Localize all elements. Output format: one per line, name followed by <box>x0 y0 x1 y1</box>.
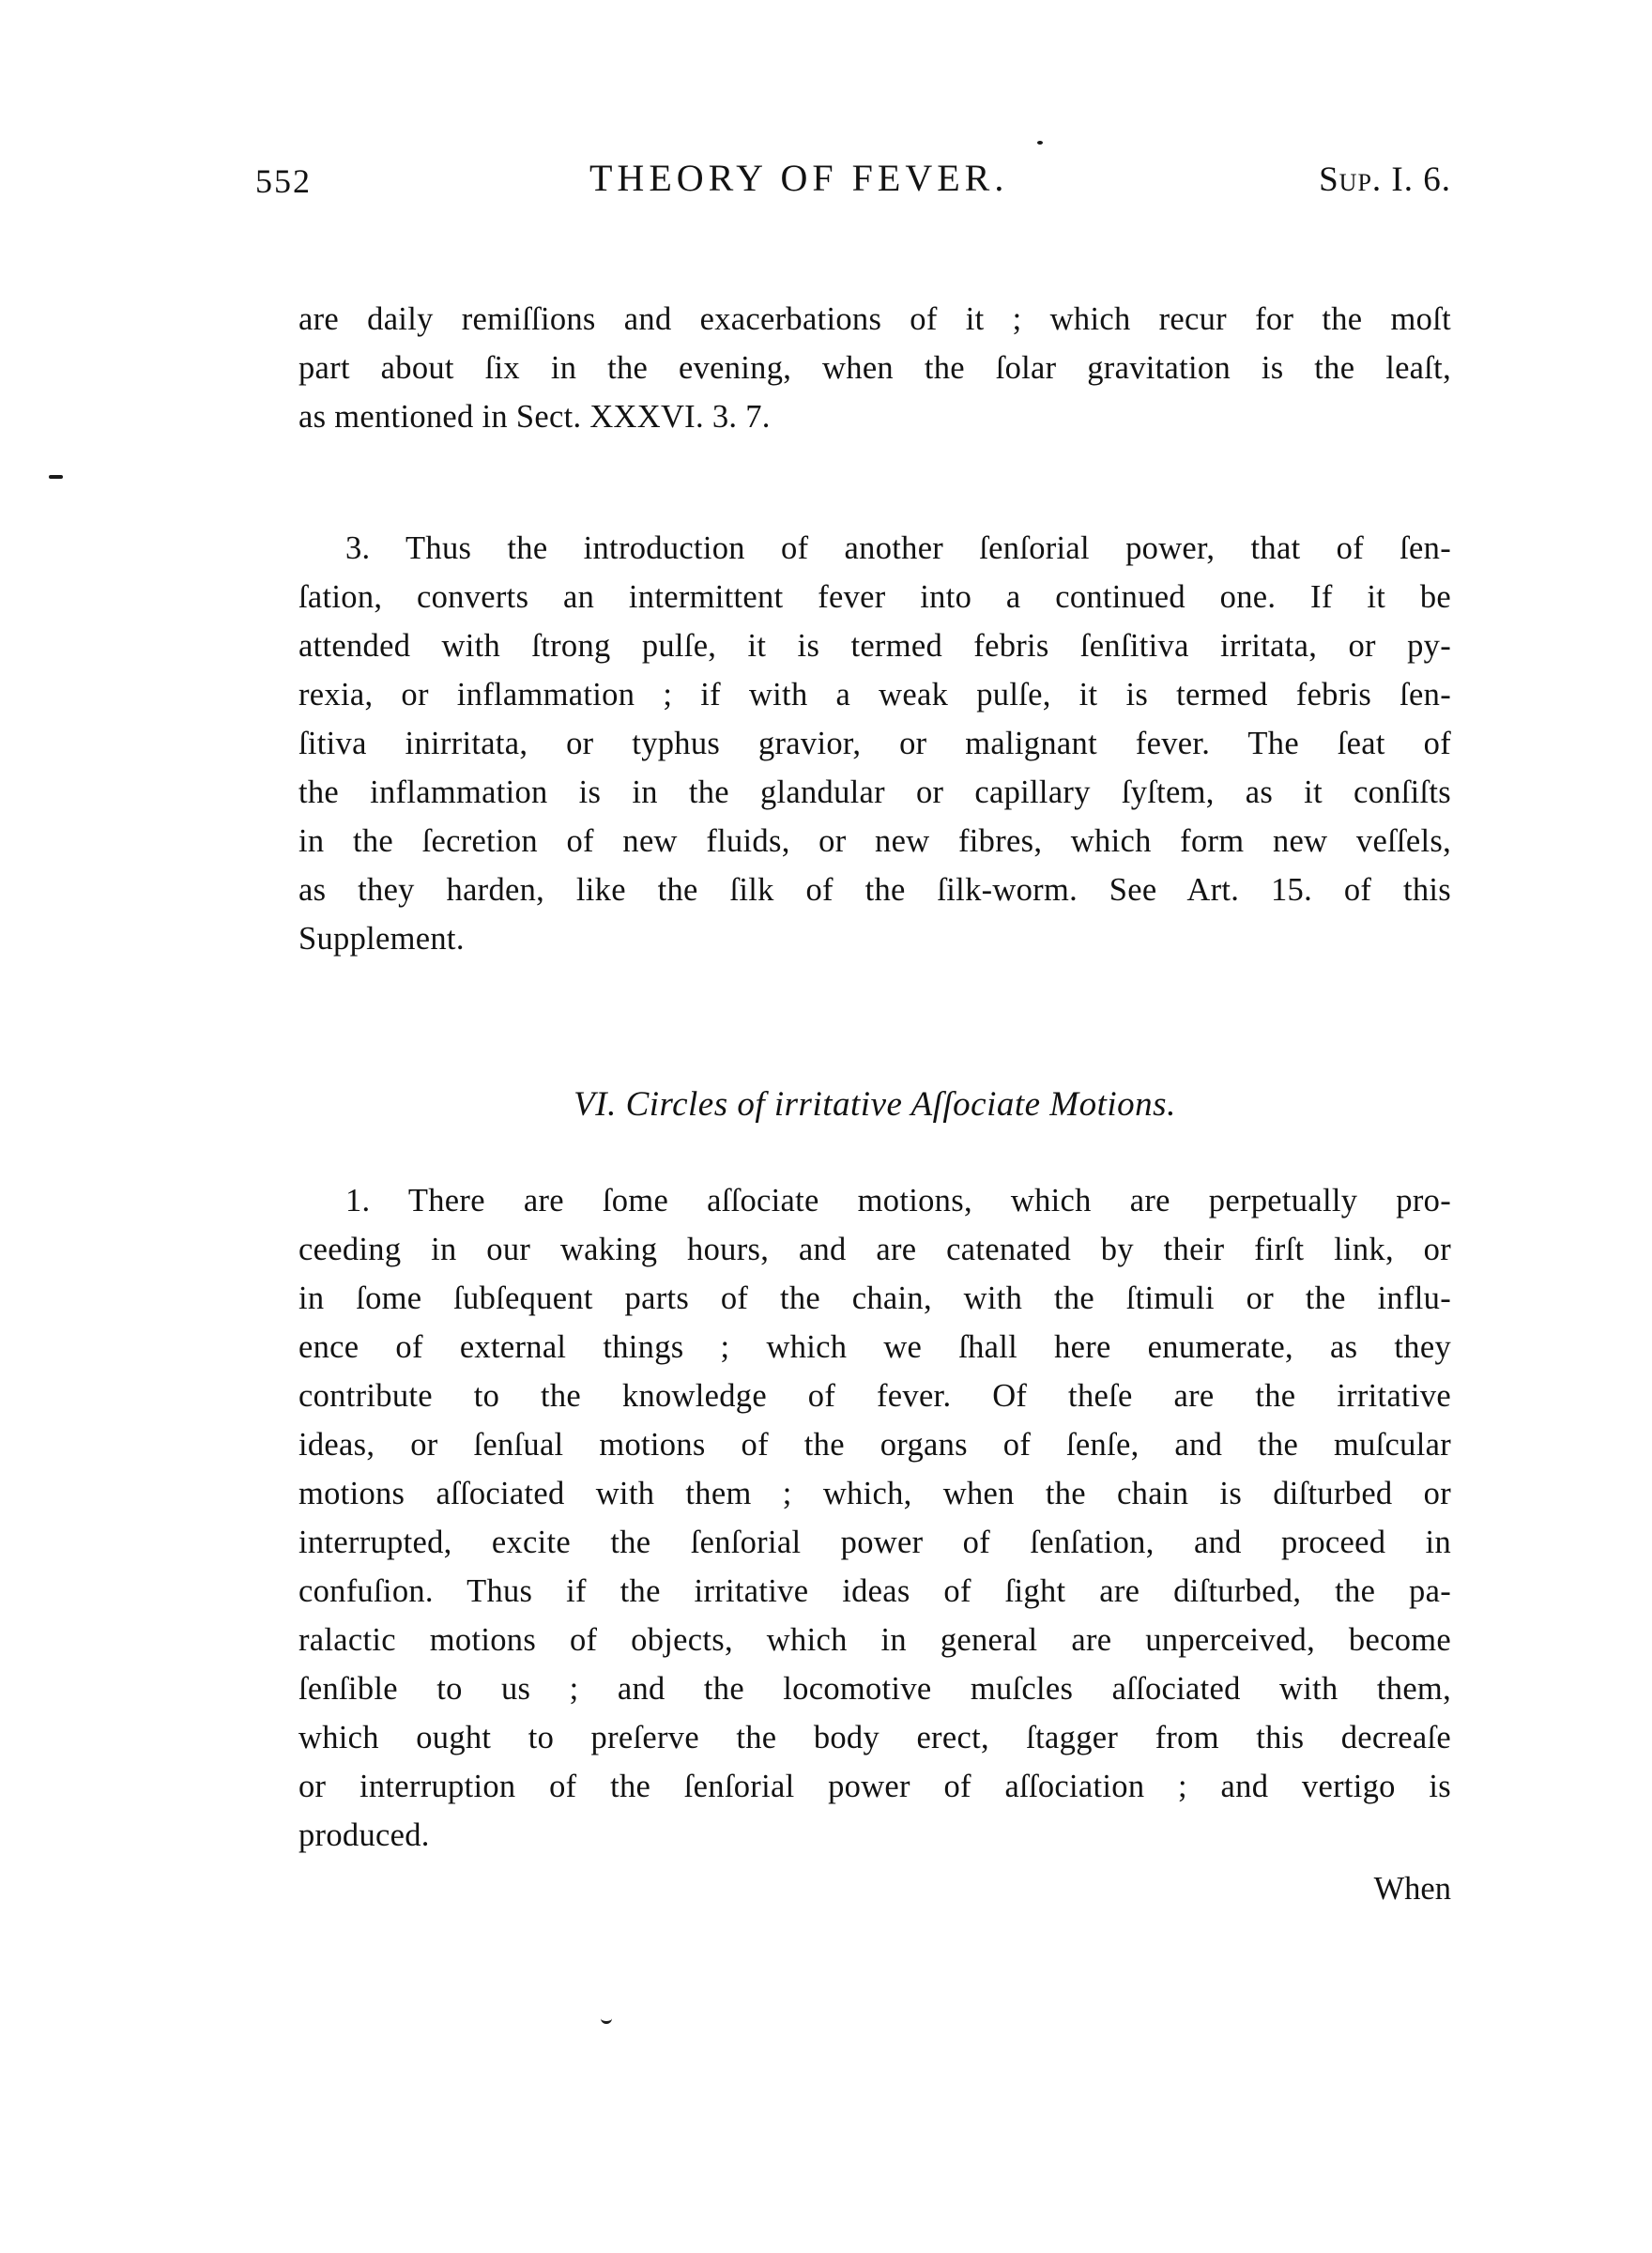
text-line: as they harden, like the ſilk of the ſil… <box>298 866 1451 914</box>
text-line: ceeding in our waking hours, and are cat… <box>298 1225 1451 1274</box>
text-line: ralactic motions of objects, which in ge… <box>298 1616 1451 1664</box>
paragraph-3: 3. Thus the introduction of another ſenſ… <box>298 524 1451 963</box>
book-page: 552 THEORY OF FEVER. Sup. I. 6. are dail… <box>0 0 1652 2253</box>
text-line: as mentioned in Sect. XXXVI. 3. 7. <box>298 392 1451 441</box>
section-heading: VI. Circles of irritative Aſſociate Moti… <box>298 1081 1451 1129</box>
text-line: ence of external things ; which we ſhall… <box>298 1323 1451 1372</box>
text-line: 3. Thus the introduction of another ſenſ… <box>298 524 1451 573</box>
paragraph-continuation: are daily remiſſions and exacerbations o… <box>298 295 1451 441</box>
section-reference: Sup. I. 6. <box>1319 160 1451 200</box>
text-line: are daily remiſſions and exacerbations o… <box>298 295 1451 344</box>
text-line: Supplement. <box>298 914 1451 963</box>
text-line: or interruption of the ſenſorial power o… <box>298 1762 1451 1811</box>
text-line: motions aſſociated with them ; which, wh… <box>298 1469 1451 1518</box>
text-line: confuſion. Thus if the irritative ideas … <box>298 1567 1451 1616</box>
text-line: contribute to the knowledge of fever. Of… <box>298 1372 1451 1420</box>
text-line: in the ſecretion of new fluids, or new f… <box>298 817 1451 866</box>
text-line: rexia, or inflammation ; if with a weak … <box>298 670 1451 719</box>
text-line: attended with ſtrong pulſe, it is termed… <box>298 621 1451 670</box>
text-line: produced. <box>298 1811 1451 1860</box>
scan-artifact-dash <box>49 475 63 479</box>
page-number: 552 <box>255 161 312 201</box>
text-block: 552 THEORY OF FEVER. Sup. I. 6. are dail… <box>298 0 1451 2253</box>
text-line: interrupted, excite the ſenſorial power … <box>298 1518 1451 1567</box>
text-line: ſation, converts an intermittent fever i… <box>298 573 1451 621</box>
text-line: the inflammation is in the glandular or … <box>298 768 1451 817</box>
paragraph-1: 1. There are ſome aſſociate motions, whi… <box>298 1176 1451 1860</box>
running-title: THEORY OF FEVER. <box>589 156 1008 200</box>
text-line: ſitiva inirritata, or typhus gravior, or… <box>298 719 1451 768</box>
text-line: ſenſible to us ; and the locomotive muſc… <box>298 1664 1451 1713</box>
text-line: which ought to preſerve the body erect, … <box>298 1713 1451 1762</box>
text-line: part about ſix in the evening, when the … <box>298 344 1451 392</box>
text-line: in ſome ſubſequent parts of the chain, w… <box>298 1274 1451 1323</box>
text-line: ideas, or ſenſual motions of the organs … <box>298 1420 1451 1469</box>
text-line: 1. There are ſome aſſociate motions, whi… <box>298 1176 1451 1225</box>
catchword: When <box>298 1864 1451 1913</box>
